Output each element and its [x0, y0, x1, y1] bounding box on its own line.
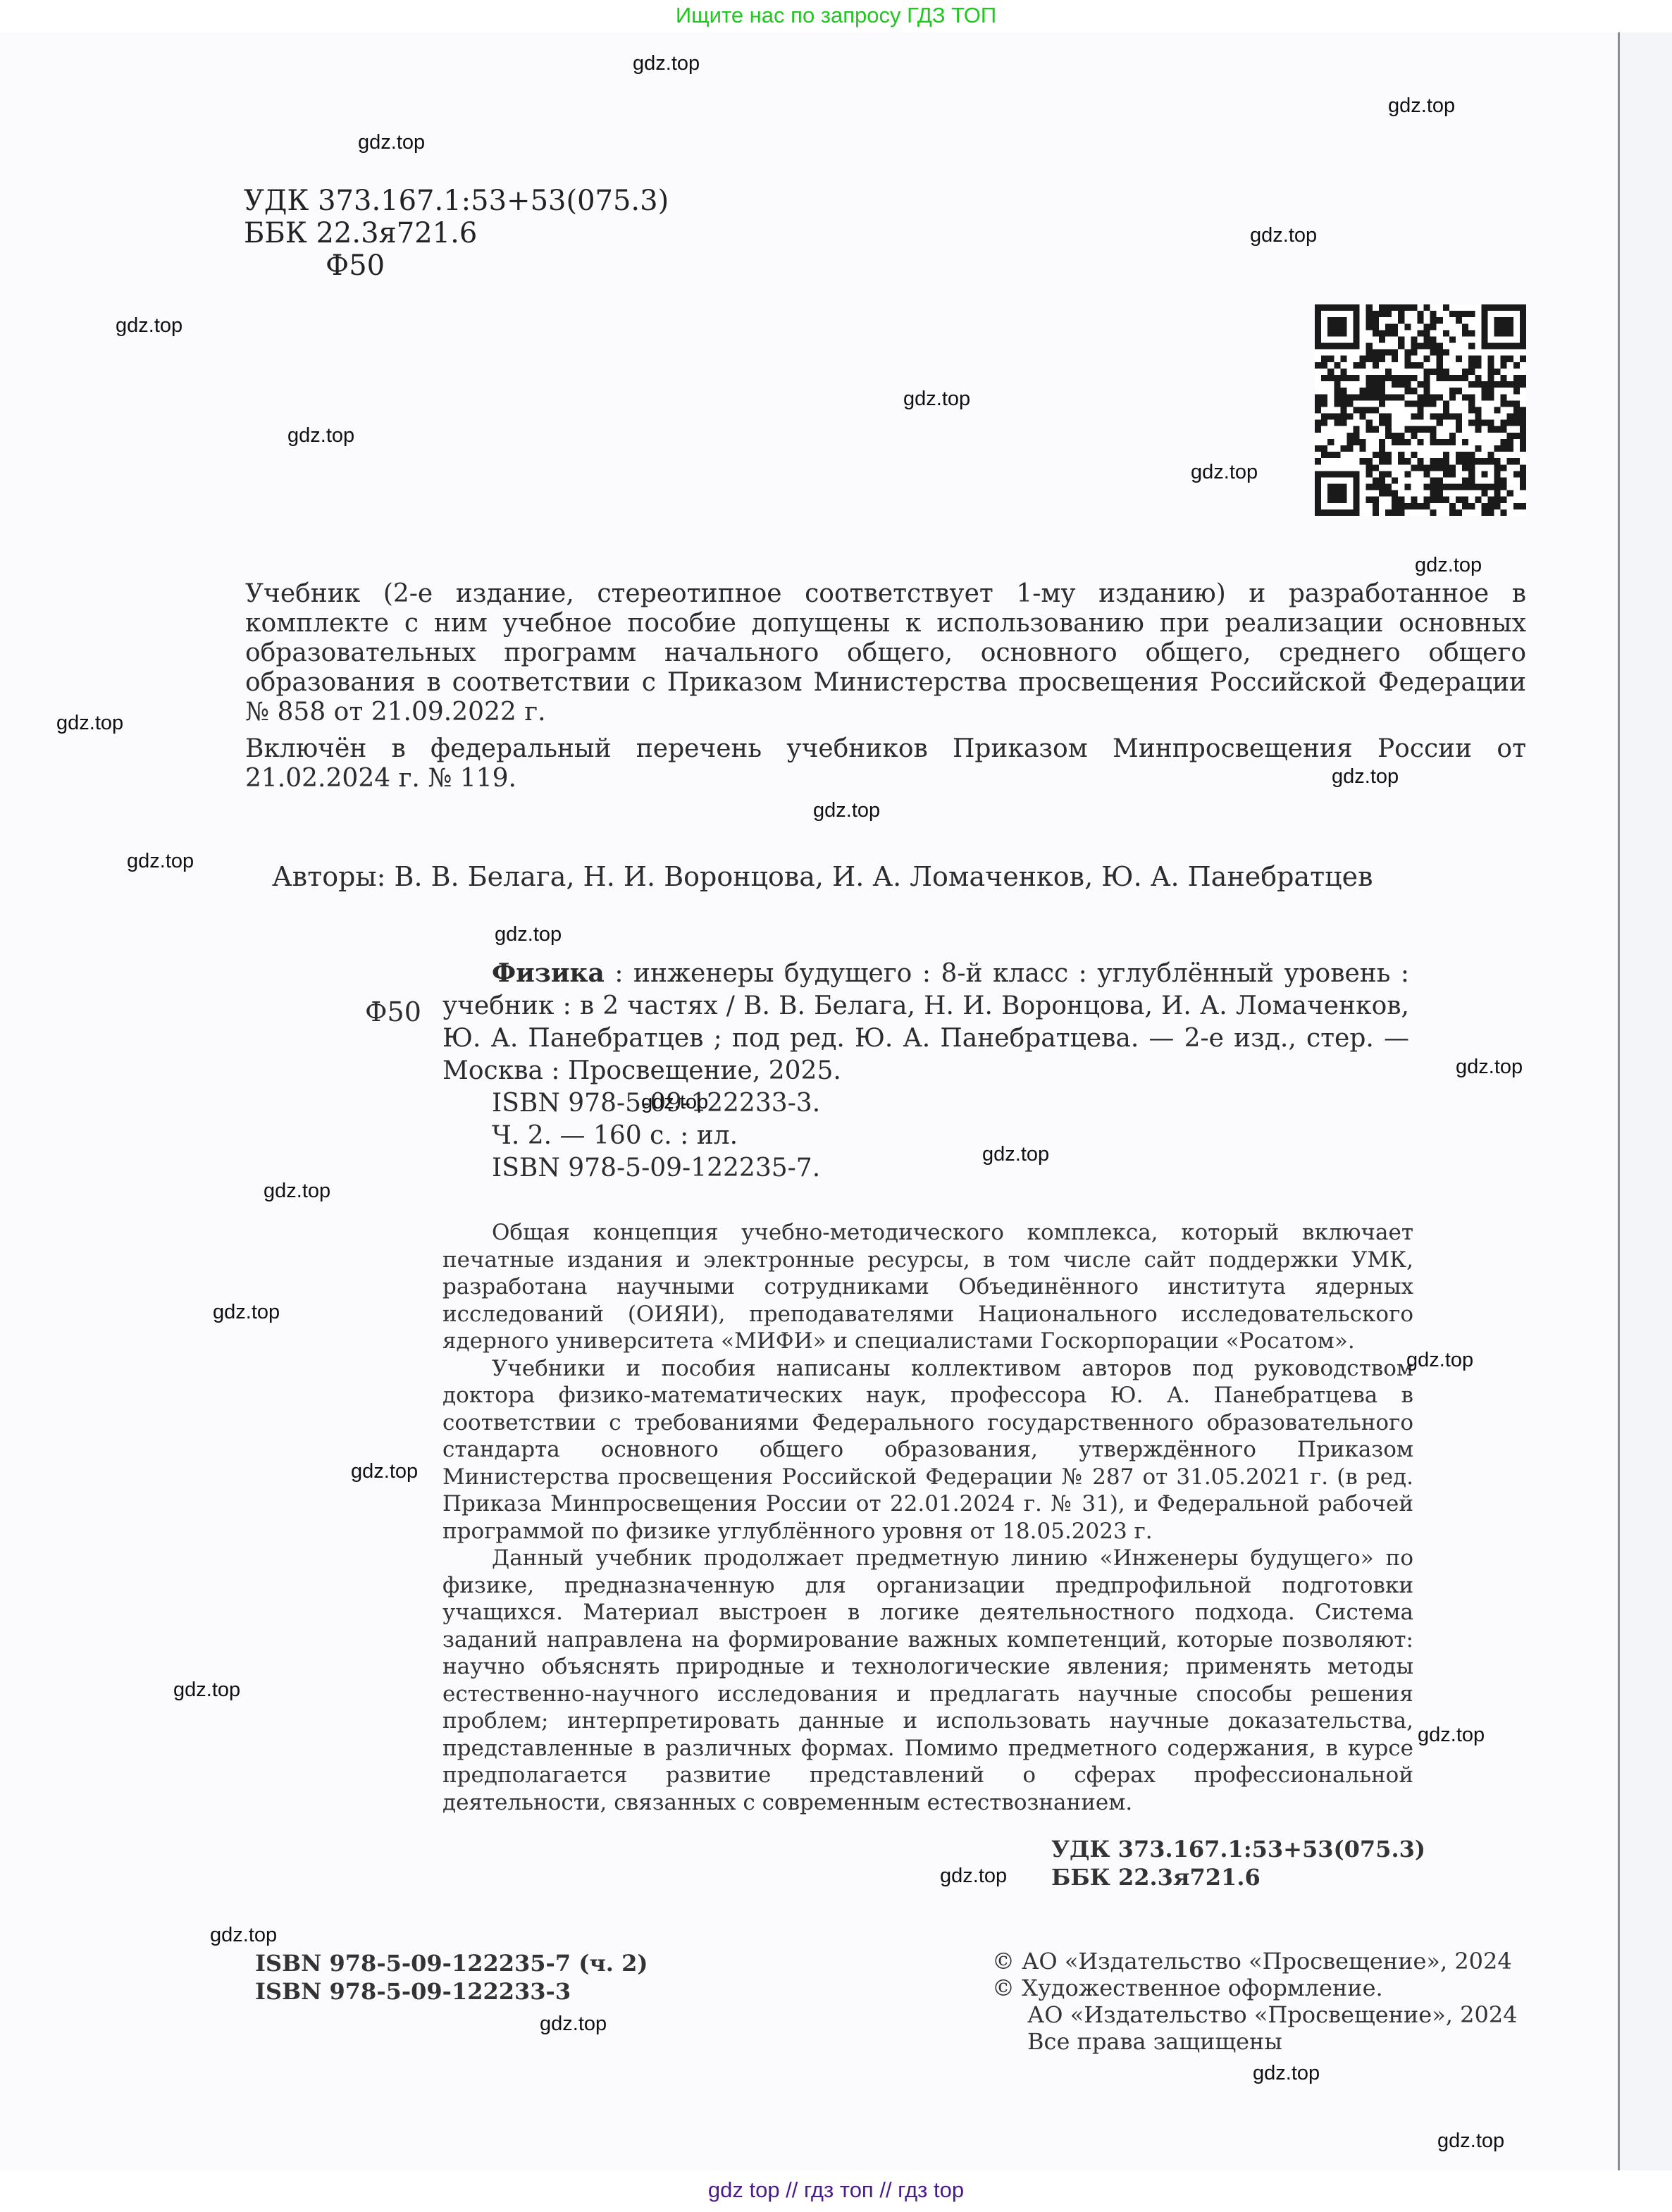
watermark-text: gdz.top	[633, 52, 700, 75]
watermark-text: gdz.top	[495, 923, 562, 946]
top-banner: Ищите нас по запросу ГДЗ ТОП	[0, 0, 1672, 32]
isbn-part-2: ISBN 978-5-09-122235-7 (ч. 2)	[255, 1949, 648, 1977]
annotation-paragraph: Данный учебник продолжает предметную лин…	[442, 1545, 1413, 1816]
watermark-text: gdz.top	[213, 1301, 280, 1324]
copyright-design-owner: АО «Издательство «Просвещение», 2024	[992, 2001, 1518, 2028]
bbk-code-bottom: ББК 22.3я721.6	[1051, 1863, 1425, 1891]
footer-links-text[interactable]: gdz top // гдз топ // гдз top	[708, 2177, 964, 2202]
watermark-text: gdz.top	[1253, 2062, 1320, 2085]
book-title: Физика	[492, 958, 605, 988]
classification-bottom: УДК 373.167.1:53+53(075.3) ББК 22.3я721.…	[1051, 1835, 1425, 1891]
watermark-text: gdz.top	[903, 388, 970, 411]
author-sign: Ф50	[244, 249, 669, 282]
annotation-paragraph: Учебники и пособия написаны коллективом …	[442, 1355, 1413, 1545]
udk-code-bottom: УДК 373.167.1:53+53(075.3)	[1051, 1835, 1425, 1863]
watermark-text: gdz.top	[358, 131, 425, 154]
watermark-text: gdz.top	[116, 314, 182, 338]
watermark-text: gdz.top	[127, 850, 194, 873]
isbn-part: ISBN 978-5-09-122235-7.	[442, 1152, 1409, 1185]
search-hint-text: Ищите нас по запросу ГДЗ ТОП	[676, 3, 996, 27]
watermark-text: gdz.top	[1415, 554, 1482, 577]
bibliographic-code: Ф50	[365, 996, 421, 1027]
bbk-code: ББК 22.3я721.6	[244, 217, 669, 249]
qr-code-icon[interactable]	[1315, 304, 1526, 516]
isbn-set: ISBN 978-5-09-122233-3.	[442, 1087, 1409, 1120]
watermark-text: gdz.top	[813, 799, 880, 822]
watermark-text: gdz.top	[1332, 765, 1399, 789]
part-info: Ч. 2. — 160 с. : ил.	[442, 1120, 1409, 1152]
watermark-text: gdz.top	[1191, 461, 1258, 484]
next-page-margin	[1620, 32, 1672, 2170]
watermark-text: gdz.top	[1388, 94, 1455, 118]
copyright-block: © АО «Издательство «Просвещение», 2024 ©…	[992, 1948, 1518, 2055]
copyright-design: © Художественное оформление.	[992, 1975, 1518, 2001]
watermark-text: gdz.top	[287, 424, 354, 447]
isbn-set-bottom: ISBN 978-5-09-122233-3	[255, 1977, 648, 2006]
authors-line: Авторы: В. В. Белага, Н. И. Воронцова, И…	[272, 861, 1373, 892]
watermark-text: gdz.top	[1456, 1056, 1523, 1079]
watermark-text: gdz.top	[982, 1143, 1049, 1166]
isbn-block: ISBN 978-5-09-122235-7 (ч. 2) ISBN 978-5…	[255, 1949, 648, 2006]
copyright-publisher: © АО «Издательство «Просвещение», 2024	[992, 1948, 1518, 1975]
bottom-banner: gdz top // гдз топ // гдз top	[0, 2170, 1672, 2212]
rights-reserved: Все права защищены	[992, 2028, 1518, 2055]
watermark-text: gdz.top	[1250, 224, 1317, 247]
watermark-text: gdz.top	[540, 2013, 607, 2036]
watermark-text: gdz.top	[210, 1924, 277, 1947]
classification-top: УДК 373.167.1:53+53(075.3) ББК 22.3я721.…	[244, 185, 669, 282]
approval-paragraph: Учебник (2-е издание, стереотипное соотв…	[245, 579, 1526, 727]
annotation: Общая концепция учебно-методического ком…	[442, 1219, 1413, 1816]
watermark-text: gdz.top	[641, 1091, 708, 1114]
watermark-text: gdz.top	[264, 1180, 330, 1203]
watermark-text: gdz.top	[1406, 1349, 1473, 1372]
bibliographic-record: Физика : инженеры будущего : 8-й класс :…	[442, 957, 1409, 1185]
watermark-text: gdz.top	[940, 1865, 1007, 1888]
watermark-text: gdz.top	[351, 1460, 418, 1483]
watermark-text: gdz.top	[1437, 2130, 1504, 2153]
watermark-text: gdz.top	[173, 1679, 240, 1702]
watermark-text: gdz.top	[1418, 1724, 1485, 1747]
udk-code: УДК 373.167.1:53+53(075.3)	[244, 185, 669, 217]
annotation-paragraph: Общая концепция учебно-методического ком…	[442, 1219, 1413, 1355]
watermark-text: gdz.top	[56, 712, 123, 735]
